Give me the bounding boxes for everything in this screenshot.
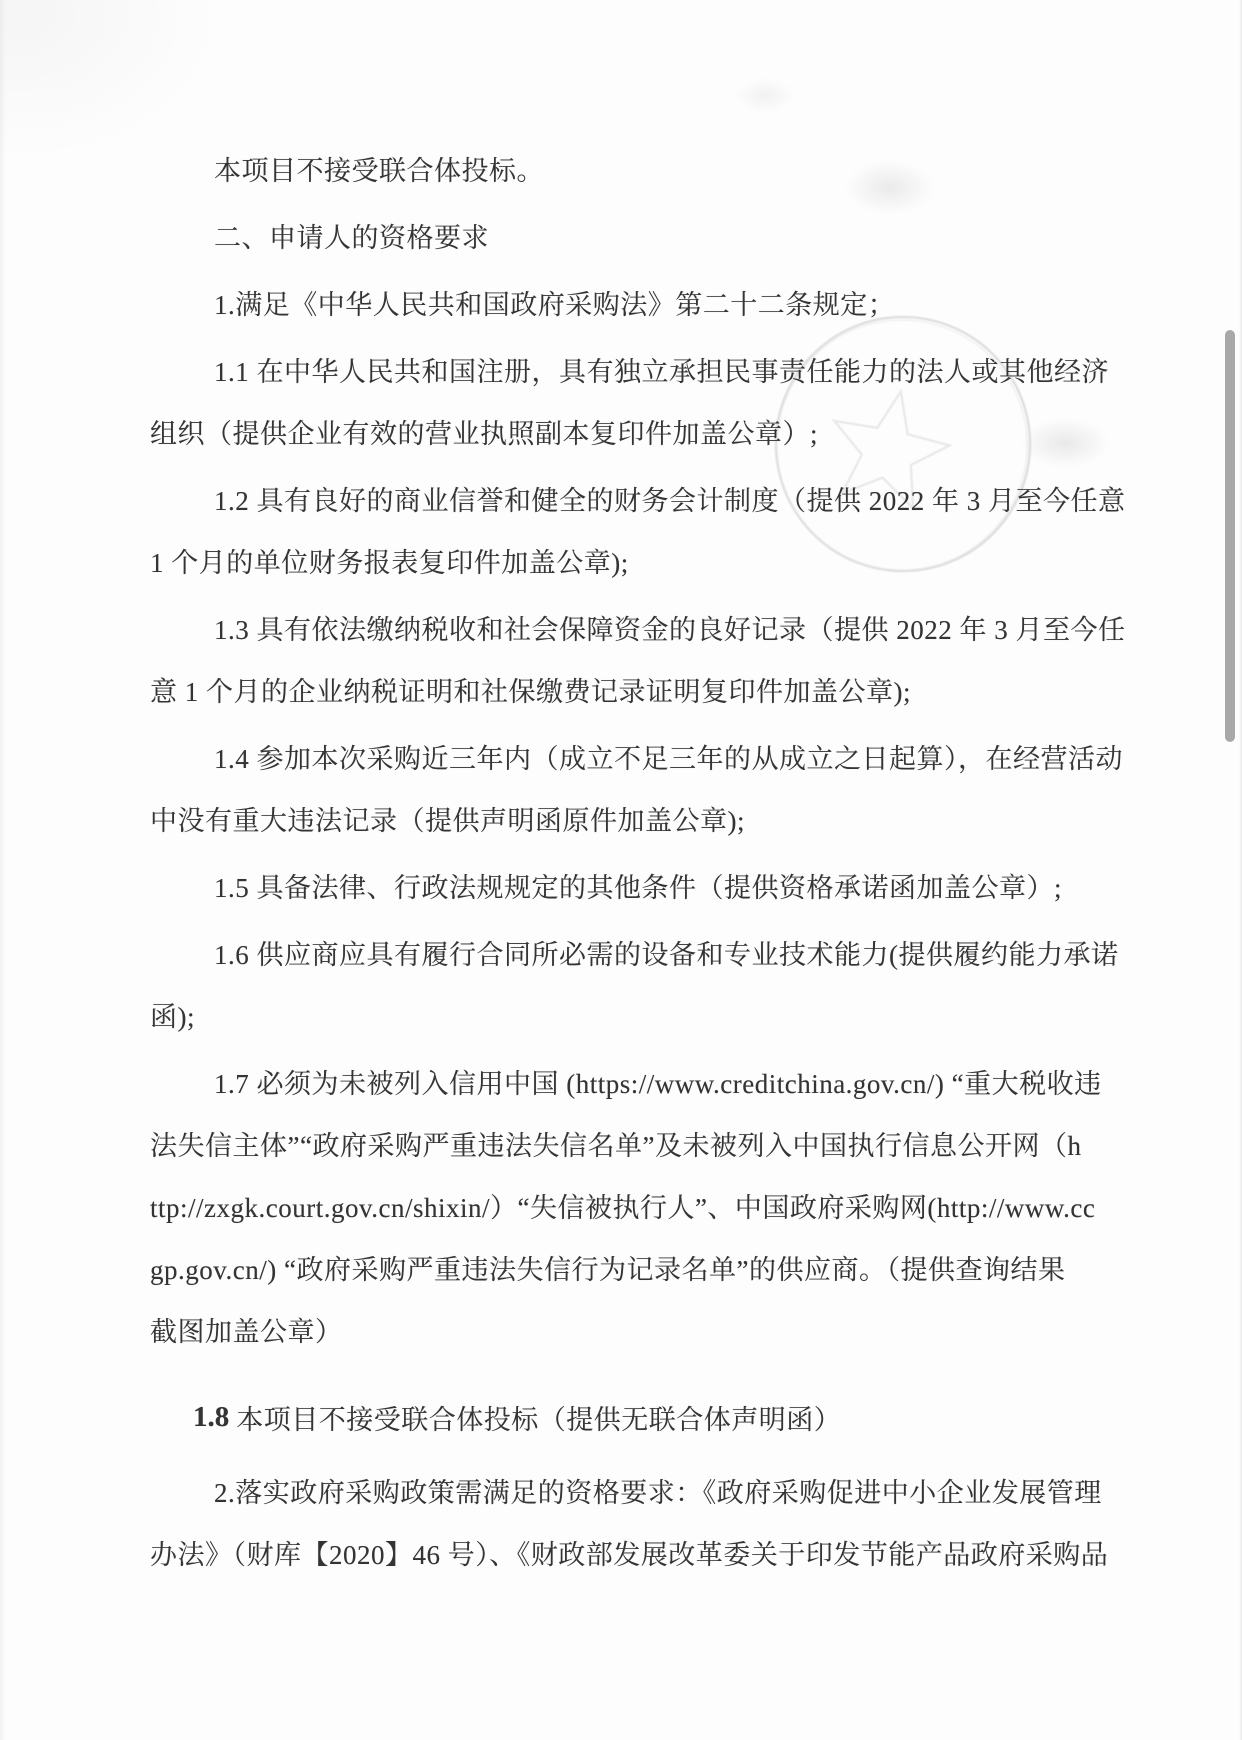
paragraph: 1.7 必须为未被列入信用中国 (https://www.creditchina… [150,1050,1242,1360]
text-line: 二、申请人的资格要求 [150,204,1242,266]
paragraph: 1.1 在中华人民共和国注册，具有独立承担民事责任能力的法人或其他经济组织（提供… [150,338,1242,462]
text-line: 1 个月的单位财务报表复印件加盖公章); [150,529,1242,591]
paragraph: 1.5 具备法律、行政法规规定的其他条件（提供资格承诺函加盖公章）; [150,854,1242,916]
text-line: 1.1 在中华人民共和国注册，具有独立承担民事责任能力的法人或其他经济 [150,338,1242,400]
scan-smudge [735,78,795,113]
text-line: 1.6 供应商应具有履行合同所必需的设备和专业技术能力(提供履约能力承诺 [150,921,1242,983]
text-line: 1.7 必须为未被列入信用中国 (https://www.creditchina… [150,1050,1242,1112]
paragraph: 1.2 具有良好的商业信誉和健全的财务会计制度（提供 2022 年 3 月至今任… [150,467,1242,591]
document-page: 本项目不接受联合体投标。二、申请人的资格要求1.满足《中华人民共和国政府采购法》… [0,0,1242,1740]
text-line: 办法》（财库【2020】46 号）、《财政部发展改革委关于印发节能产品政府采购品 [150,1521,1242,1583]
paragraph: 1.4 参加本次采购近三年内（成立不足三年的从成立之日起算），在经营活动中没有重… [150,725,1242,849]
scrollbar-thumb[interactable] [1225,330,1235,742]
text-line: 意 1 个月的企业纳税证明和社保缴费记录证明复印件加盖公章); [150,658,1242,720]
text-line: 2.落实政府采购政策需满足的资格要求：《政府采购促进中小企业发展管理 [150,1459,1242,1521]
item-number-bold: 1.8 [193,1401,229,1434]
text-line: gp.gov.cn/) “政府采购严重违法失信行为记录名单”的供应商。（提供查询… [150,1236,1242,1298]
scrollbar-track [1223,0,1237,1740]
paragraph: 1.满足《中华人民共和国政府采购法》第二十二条规定； [150,271,1242,333]
text-line: 1.3 具有依法缴纳税收和社会保障资金的良好记录（提供 2022 年 3 月至今… [150,596,1242,658]
text-line: 截图加盖公章） [150,1298,1242,1360]
text-line: 组织（提供企业有效的营业执照副本复印件加盖公章）; [150,400,1242,462]
text-line: 法失信主体”“政府采购严重违法失信名单”及未被列入中国执行信息公开网（h [150,1112,1242,1174]
text-line: 函); [150,983,1242,1045]
text-line: 1.8本项目不接受联合体投标（提供无联合体声明函） [150,1386,1242,1448]
text-line: 本项目不接受联合体投标。 [150,137,1242,199]
paragraph: 本项目不接受联合体投标。 [150,137,1242,199]
paragraph: 1.6 供应商应具有履行合同所必需的设备和专业技术能力(提供履约能力承诺函); [150,921,1242,1045]
text-line: 中没有重大违法记录（提供声明函原件加盖公章); [150,787,1242,849]
scan-shade-corner [0,0,220,160]
paragraph: 2.落实政府采购政策需满足的资格要求：《政府采购促进中小企业发展管理办法》（财库… [150,1459,1242,1583]
paragraph: 1.8本项目不接受联合体投标（提供无联合体声明函） [150,1386,1242,1448]
text-line: ttp://zxgk.court.gov.cn/shixin/）“失信被执行人”… [150,1174,1242,1236]
paragraph: 二、申请人的资格要求 [150,204,1242,266]
text-line: 1.4 参加本次采购近三年内（成立不足三年的从成立之日起算），在经营活动 [150,725,1242,787]
text-line: 1.满足《中华人民共和国政府采购法》第二十二条规定； [150,271,1242,333]
document-text: 本项目不接受联合体投标。二、申请人的资格要求1.满足《中华人民共和国政府采购法》… [0,137,1242,1588]
text-line: 1.2 具有良好的商业信誉和健全的财务会计制度（提供 2022 年 3 月至今任… [150,467,1242,529]
paragraph: 1.3 具有依法缴纳税收和社会保障资金的良好记录（提供 2022 年 3 月至今… [150,596,1242,720]
text-line: 1.5 具备法律、行政法规规定的其他条件（提供资格承诺函加盖公章）; [150,854,1242,916]
